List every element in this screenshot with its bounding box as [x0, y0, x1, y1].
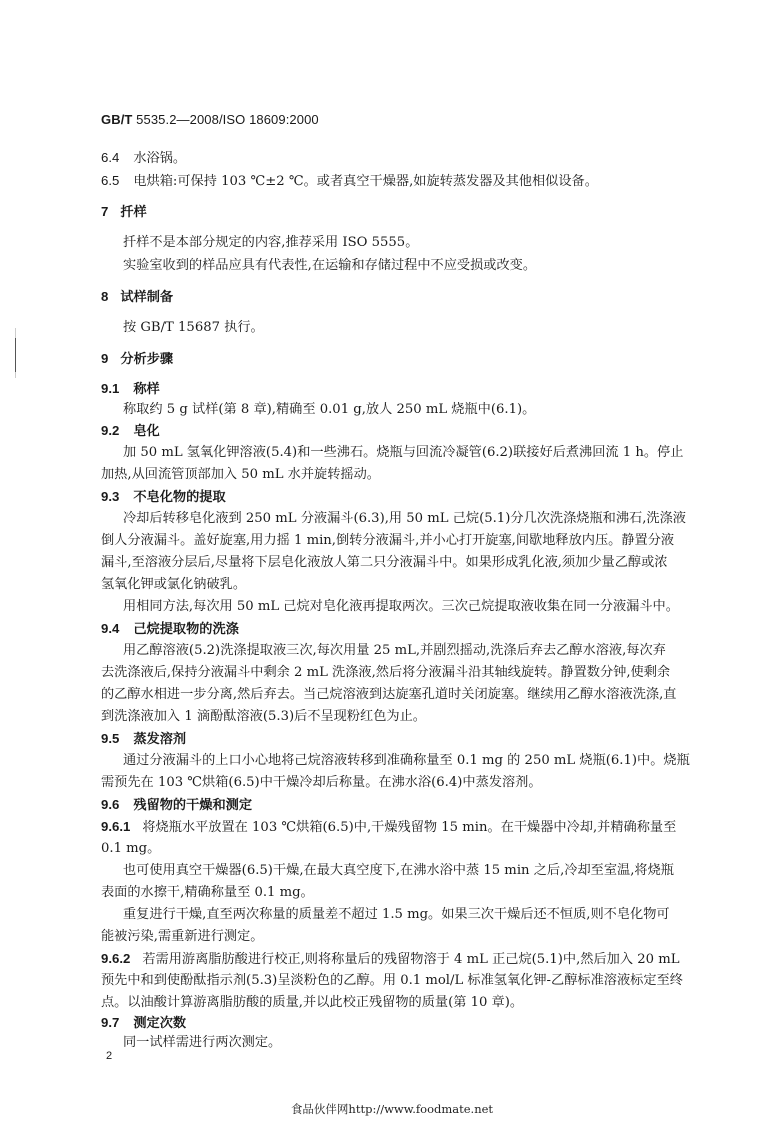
section-8-heading: 8试样制备	[101, 287, 173, 308]
section-title: 扦样	[120, 205, 146, 220]
section-number: 9.6	[101, 797, 119, 812]
clause-number: 9.6.2	[101, 951, 130, 966]
document-page: GB/T 5535.2—2008/ISO 18609:2000 6.4水浴锅。 …	[0, 0, 784, 1122]
section-title: 不皂化物的提取	[133, 490, 225, 505]
standard-number: 5535.2—2008/ISO 18609:2000	[132, 112, 318, 127]
paragraph: 扦样不是本部分规定的内容,推荐采用 ISO 5555。	[123, 233, 418, 253]
item-text: 水浴锅。	[133, 151, 186, 166]
paragraph-line: 的乙醇水相进一步分离,然后弃去。当己烷溶液到达旋塞孔道时关闭旋塞。继续用乙醇水溶…	[101, 685, 676, 705]
section-9-1-heading: 9.1称样	[101, 379, 160, 400]
section-title: 蒸发溶剂	[133, 732, 186, 747]
paragraph-line: 用乙醇溶液(5.2)洗涤提取液三次,每次用量 25 mL,并剧烈摇动,洗涤后弃去…	[123, 641, 666, 661]
section-title: 皂化	[133, 424, 159, 439]
item-6-5: 6.5电烘箱:可保持 103 ℃±2 ℃。或者真空干燥器,如旋转蒸发器及其他相似…	[101, 171, 598, 192]
paragraph: 实验室收到的样品应具有代表性,在运输和存储过程中不应受损或改变。	[123, 256, 536, 276]
margin-mark	[15, 338, 16, 372]
section-9-6-heading: 9.6残留物的干燥和测定	[101, 795, 252, 816]
section-9-7-heading: 9.7测定次数	[101, 1013, 186, 1034]
page-number: 2	[106, 1050, 112, 1062]
section-number: 9.1	[101, 381, 119, 396]
section-9-2-heading: 9.2皂化	[101, 421, 160, 442]
section-title: 己烷提取物的洗涤	[133, 622, 239, 637]
section-9-3-heading: 9.3不皂化物的提取	[101, 487, 226, 508]
paragraph-line: 将烧瓶水平放置在 103 ℃烘箱(6.5)中,干燥残留物 15 min。在干燥器…	[142, 820, 676, 835]
paragraph-line: 表面的水擦干,精确称量至 0.1 mg。	[101, 883, 314, 903]
section-title: 测定次数	[133, 1016, 186, 1031]
paragraph-line: 加热,从回流管顶部加入 50 mL 水并旋转摇动。	[101, 465, 380, 485]
section-title: 称样	[133, 382, 159, 397]
paragraph-line: 也可使用真空干燥器(6.5)干燥,在最大真空度下,在沸水浴中蒸 15 min 之…	[123, 861, 674, 881]
section-title: 试样制备	[120, 290, 173, 305]
section-7-heading: 7扦样	[101, 202, 147, 223]
clause-9-6-1: 9.6.1将烧瓶水平放置在 103 ℃烘箱(6.5)中,干燥残留物 15 min…	[101, 817, 676, 838]
paragraph-line: 加 50 mL 氢氧化钾溶液(5.4)和一些沸石。烧瓶与回流冷凝管(6.2)联接…	[123, 443, 683, 463]
section-number: 9.5	[101, 731, 119, 746]
paragraph-line: 用相同方法,每次用 50 mL 己烷对皂化液再提取两次。三次己烷提取液收集在同一…	[123, 597, 679, 617]
paragraph-line: 冷却后转移皂化液到 250 mL 分液漏斗(6.3),用 50 mL 己烷(5.…	[123, 509, 686, 529]
section-number: 9.2	[101, 423, 119, 438]
paragraph-line: 预先中和到使酚酞指示剂(5.3)呈淡粉色的乙醇。用 0.1 mol/L 标准氢氧…	[101, 971, 683, 991]
paragraph-line: 0.1 mg。	[101, 839, 160, 859]
section-9-4-heading: 9.4己烷提取物的洗涤	[101, 619, 239, 640]
section-title: 分析步骤	[120, 352, 173, 367]
section-number: 9.3	[101, 489, 119, 504]
paragraph-line: 称取约 5 g 试样(第 8 章),精确至 0.01 g,放人 250 mL 烧…	[123, 400, 535, 420]
section-number: 9	[101, 351, 108, 366]
standard-prefix: GB/T	[101, 112, 132, 127]
clause-number: 9.6.1	[101, 819, 130, 834]
footer-watermark: 食品伙伴网http://www.foodmate.net	[0, 1101, 784, 1117]
item-number: 6.5	[101, 171, 119, 191]
paragraph: 按 GB/T 15687 执行。	[123, 318, 264, 338]
section-9-heading: 9分析步骤	[101, 349, 173, 370]
section-title: 残留物的干燥和测定	[133, 798, 252, 813]
paragraph-line: 同一试样需进行两次测定。	[123, 1033, 281, 1053]
paragraph-line: 去洗涤液后,保持分液漏斗中剩余 2 mL 洗涤液,然后将分液漏斗沿其轴线旋转。静…	[101, 663, 670, 683]
standard-header: GB/T 5535.2—2008/ISO 18609:2000	[101, 112, 319, 127]
item-6-4: 6.4水浴锅。	[101, 148, 186, 169]
paragraph-line: 需预先在 103 ℃烘箱(6.5)中干燥冷却后称量。在沸水浴(6.4)中蒸发溶剂…	[101, 773, 542, 793]
paragraph-line: 氢氧化钾或氯化钠破乳。	[101, 575, 246, 595]
paragraph-line: 重复进行干燥,直至两次称量的质量差不超过 1.5 mg。如果三次干燥后还不恒质,…	[123, 905, 670, 925]
section-number: 7	[101, 204, 108, 219]
paragraph-line: 若需用游离脂肪酸进行校正,则将称量后的残留物溶于 4 mL 正己烷(5.1)中,…	[142, 952, 679, 967]
item-number: 6.4	[101, 148, 119, 168]
section-number: 9.4	[101, 621, 119, 636]
section-number: 8	[101, 289, 108, 304]
paragraph-line: 点。以油酸计算游离脂肪酸的质量,并以此校正残留物的质量(第 10 章)。	[101, 993, 523, 1013]
paragraph-line: 倒人分液漏斗。盖好旋塞,用力摇 1 min,倒转分液漏斗,并小心打开旋塞,间歇地…	[101, 531, 674, 551]
paragraph-line: 漏斗,至溶液分层后,尽量将下层皂化液放人第二只分液漏斗中。如果形成乳化液,须加少…	[101, 553, 667, 573]
paragraph-line: 到洗涤液加入 1 滴酚酞溶液(5.3)后不呈现粉红色为止。	[101, 707, 426, 727]
section-9-5-heading: 9.5蒸发溶剂	[101, 729, 186, 750]
item-text: 电烘箱:可保持 103 ℃±2 ℃。或者真空干燥器,如旋转蒸发器及其他相似设备。	[133, 174, 598, 189]
section-number: 9.7	[101, 1015, 119, 1030]
paragraph-line: 能被污染,需重新进行测定。	[101, 927, 263, 947]
paragraph-line: 通过分液漏斗的上口小心地将己烷溶液转移到准确称量至 0.1 mg 的 250 m…	[123, 751, 690, 771]
clause-9-6-2: 9.6.2若需用游离脂肪酸进行校正,则将称量后的残留物溶于 4 mL 正己烷(5…	[101, 949, 679, 970]
